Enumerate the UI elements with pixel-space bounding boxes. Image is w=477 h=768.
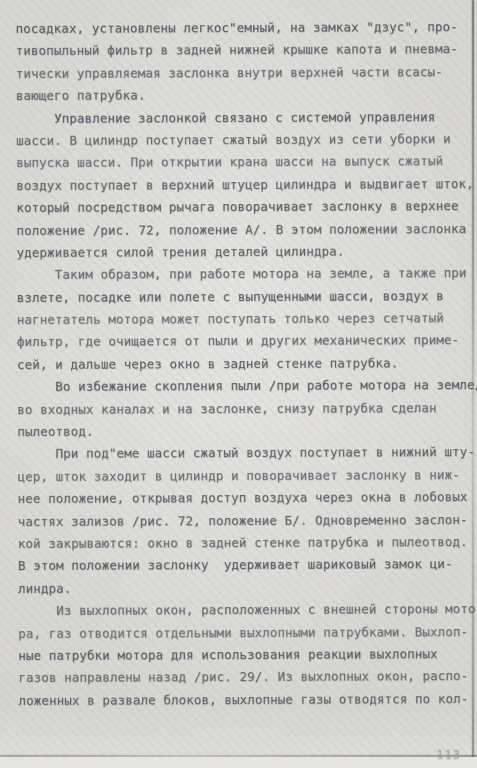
scan-margin-strip <box>0 757 477 768</box>
text-line: удерживается силой трения деталей цилинд… <box>16 240 468 264</box>
text-line: который посредством рычага поворачивает … <box>16 195 468 219</box>
text-line: сей, и дальше через окно в задней стенке… <box>17 352 469 376</box>
text-line: Из выхлопных окон, расположенных с внешн… <box>18 598 470 622</box>
text-line: частях зализов /рис. 72, положение Б/. О… <box>18 509 470 533</box>
text-line: линдра. <box>18 576 470 600</box>
text-line: нее положение, открывая доступ воздуха ч… <box>18 486 470 510</box>
text-line: вающего патрубка. <box>16 83 468 107</box>
typewritten-text-block: посадках, установлены легкос"емный, на з… <box>15 16 470 712</box>
text-line: При под"еме шасси сжатый воздух поступае… <box>17 441 469 465</box>
text-line: выпуска шасси. При открытии крана шасси … <box>16 150 468 174</box>
text-line: шасси. В цилиндр поступает сжатый воздух… <box>16 128 468 152</box>
text-line: положение /рис. 72, положение А/. В этом… <box>16 218 468 242</box>
text-line: фильтр, где очищается от пыли и других м… <box>17 329 469 353</box>
text-line: взлете, посадке или полете с выпущенными… <box>17 285 469 309</box>
text-line: воздух поступает в верхний штуцер цилинд… <box>16 173 468 197</box>
text-line: газов направлены назад /рис. 29/. Из вых… <box>18 665 470 689</box>
text-line: нагнетатель мотора может поступать тольк… <box>17 307 469 331</box>
text-line: пылеотвод. <box>17 419 469 443</box>
text-line: посадках, установлены легкос"емный, на з… <box>15 16 467 40</box>
text-line: тически управляемая заслонка внутри верх… <box>16 61 468 85</box>
text-line: тивопыльный фильтр в задней нижней крышк… <box>16 38 468 62</box>
text-line: ные патрубки мотора для использования ре… <box>18 643 470 667</box>
text-line: Таким образом, при работе мотора на земл… <box>17 262 469 286</box>
text-line: кой закрываются: окно в задней стенке па… <box>18 531 470 555</box>
text-line: ра, газ отводится отдельными выхлопными … <box>18 621 470 645</box>
text-line: ложенных в развале блоков, выхлопные газ… <box>18 688 470 712</box>
page-number: 113 <box>436 748 461 762</box>
text-line: Управление заслонкой связано с системой … <box>16 106 468 130</box>
text-line: во входных каналах и на заслонке, снизу … <box>17 397 469 421</box>
text-line: цер, шток заходит в цилиндр и поворачива… <box>17 464 469 488</box>
scan-edge-line-right <box>472 0 474 768</box>
text-line: Во избежание скопления пыли /при работе … <box>17 374 469 398</box>
scanned-document-page: посадках, установлены легкос"емный, на з… <box>0 0 477 768</box>
text-line: В этом положении заслонку удерживает шар… <box>18 553 470 577</box>
